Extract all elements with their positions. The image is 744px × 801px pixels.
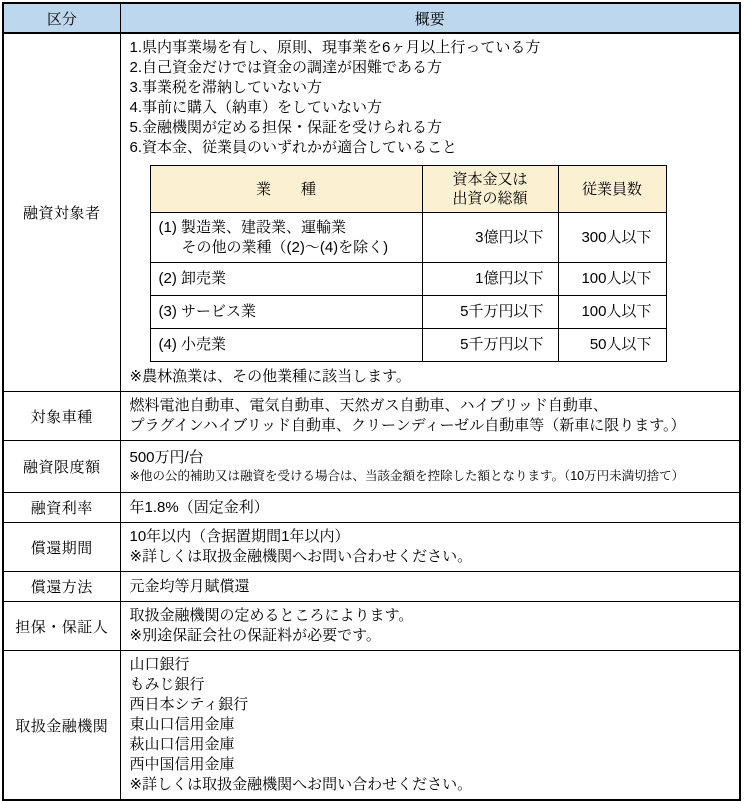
capital-col-header-line1: 資本金又は	[424, 170, 557, 189]
bank-name: 萩山口信用金庫	[130, 735, 734, 755]
industry-row-service: (3) サービス業 5千万円以下 100人以下	[150, 296, 666, 329]
loan-target-content: 1.県内事業場を有し、原則、現事業を6ヶ月以上行っている方 2.自己資金だけでは…	[120, 33, 740, 392]
row-label-collateral: 担保・保証人	[3, 602, 120, 651]
capital-col-header: 資本金又は 出資の総額	[422, 166, 558, 213]
industry-capital: 5千万円以下	[422, 296, 558, 329]
repayment-period-content: 10年以内（含据置期間1年以内） ※詳しくは取扱金融機関へお問い合わせください。	[120, 523, 740, 572]
employees-col-header: 従業員数	[558, 166, 666, 213]
industry-row-manufacturing: (1) 製造業、建設業、運輸業 その他の業種（(2)～(4)を除く) 3億円以下…	[150, 213, 666, 263]
industry-name: (1) 製造業、建設業、運輸業 その他の業種（(2)～(4)を除く)	[150, 213, 422, 263]
loan-condition-2: 2.自己資金だけでは資金の調達が困難である方	[130, 58, 734, 78]
vehicle-types-content: 燃料電池自動車、電気自動車、天然ガス自動車、ハイブリッド自動車、 プラグインハイ…	[120, 392, 740, 441]
row-repayment-period: 償還期間 10年以内（含据置期間1年以内） ※詳しくは取扱金融機関へお問い合わせ…	[3, 523, 740, 572]
bank-name: 山口銀行	[130, 655, 734, 675]
header-summary: 概要	[120, 3, 740, 33]
interest-rate-value: 年1.8%（固定金利）	[120, 493, 740, 523]
row-label-loan-target: 融資対象者	[3, 33, 120, 392]
collateral-note: ※別途保証会社の保証料が必要です。	[130, 626, 734, 646]
industry-criteria-table: 業 種 資本金又は 出資の総額 従業員数 (1) 製造業、建設業、運輸業	[150, 165, 667, 362]
table-header-row: 区分 概要	[3, 3, 740, 33]
collateral-content: 取扱金融機関の定めるところによります。 ※別途保証会社の保証料が必要です。	[120, 602, 740, 651]
row-label-vehicle-types: 対象車種	[3, 392, 120, 441]
loan-condition-3: 3.事業税を滞納していない方	[130, 78, 734, 98]
loan-limit-amount: 500万円/台	[130, 448, 734, 468]
bank-name: 西日本シティ銀行	[130, 695, 734, 715]
row-loan-target: 融資対象者 1.県内事業場を有し、原則、現事業を6ヶ月以上行っている方 2.自己…	[3, 33, 740, 392]
industry-capital: 1億円以下	[422, 263, 558, 296]
industry-name: (3) サービス業	[150, 296, 422, 329]
loan-program-table: 区分 概要 融資対象者 1.県内事業場を有し、原則、現事業を6ヶ月以上行っている…	[2, 2, 741, 801]
row-collateral: 担保・保証人 取扱金融機関の定めるところによります。 ※別途保証会社の保証料が必…	[3, 602, 740, 651]
bank-name: 西中国信用金庫	[130, 755, 734, 775]
financial-institutions-note: ※詳しくは取扱金融機関へお問い合わせください。	[130, 775, 734, 795]
repayment-method-value: 元金均等月賦償還	[120, 572, 740, 602]
loan-condition-6: 6.資本金、従業員のいずれかが適合していること	[130, 138, 734, 158]
industry-name-line2: その他の業種（(2)～(4)を除く)	[159, 238, 418, 258]
row-label-repayment-method: 償還方法	[3, 572, 120, 602]
industry-name-line1: (1) 製造業、建設業、運輸業	[159, 218, 418, 238]
industry-employees: 50人以下	[558, 329, 666, 362]
row-vehicle-types: 対象車種 燃料電池自動車、電気自動車、天然ガス自動車、ハイブリッド自動車、 プラ…	[3, 392, 740, 441]
repayment-period-note: ※詳しくは取扱金融機関へお問い合わせください。	[130, 547, 734, 567]
industry-capital: 5千万円以下	[422, 329, 558, 362]
vehicle-types-line2: プラグインハイブリッド自動車、クリーンディーゼル自動車等（新車に限ります。）	[130, 416, 734, 436]
industry-table-header-row: 業 種 資本金又は 出資の総額 従業員数	[150, 166, 666, 213]
loan-condition-5: 5.金融機関が定める担保・保証を受けられる方	[130, 118, 734, 138]
row-interest-rate: 融資利率 年1.8%（固定金利）	[3, 493, 740, 523]
financial-institutions-content: 山口銀行 もみじ銀行 西日本シティ銀行 東山口信用金庫 萩山口信用金庫 西中国信…	[120, 651, 740, 801]
industry-col-header: 業 種	[150, 166, 422, 213]
loan-condition-4: 4.事前に購入（納車）をしていない方	[130, 98, 734, 118]
loan-limit-note: ※他の公的補助又は融資を受ける場合は、当該金額を控除した額となります。（10万円…	[130, 468, 734, 485]
row-label-interest-rate: 融資利率	[3, 493, 120, 523]
row-label-loan-limit: 融資限度額	[3, 441, 120, 493]
loan-condition-1: 1.県内事業場を有し、原則、現事業を6ヶ月以上行っている方	[130, 38, 734, 58]
industry-employees: 100人以下	[558, 263, 666, 296]
loan-limit-content: 500万円/台 ※他の公的補助又は融資を受ける場合は、当該金額を控除した額となり…	[120, 441, 740, 493]
industry-name: (2) 卸売業	[150, 263, 422, 296]
industry-capital: 3億円以下	[422, 213, 558, 263]
industry-employees: 300人以下	[558, 213, 666, 263]
industry-row-wholesale: (2) 卸売業 1億円以下 100人以下	[150, 263, 666, 296]
capital-col-header-line2: 出資の総額	[424, 189, 557, 208]
industry-name: (4) 小売業	[150, 329, 422, 362]
industry-row-retail: (4) 小売業 5千万円以下 50人以下	[150, 329, 666, 362]
bank-name: もみじ銀行	[130, 675, 734, 695]
row-repayment-method: 償還方法 元金均等月賦償還	[3, 572, 740, 602]
row-financial-institutions: 取扱金融機関 山口銀行 もみじ銀行 西日本シティ銀行 東山口信用金庫 萩山口信用…	[3, 651, 740, 801]
bank-name: 東山口信用金庫	[130, 715, 734, 735]
row-label-repayment-period: 償還期間	[3, 523, 120, 572]
loan-program-page: 区分 概要 融資対象者 1.県内事業場を有し、原則、現事業を6ヶ月以上行っている…	[0, 0, 744, 801]
repayment-period-line1: 10年以内（含据置期間1年以内）	[130, 527, 734, 547]
vehicle-types-line1: 燃料電池自動車、電気自動車、天然ガス自動車、ハイブリッド自動車、	[130, 396, 734, 416]
header-category: 区分	[3, 3, 120, 33]
agriculture-note: ※農林漁業は、その他業種に該当します。	[130, 367, 734, 387]
collateral-line1: 取扱金融機関の定めるところによります。	[130, 606, 734, 626]
industry-employees: 100人以下	[558, 296, 666, 329]
row-loan-limit: 融資限度額 500万円/台 ※他の公的補助又は融資を受ける場合は、当該金額を控除…	[3, 441, 740, 493]
row-label-financial-institutions: 取扱金融機関	[3, 651, 120, 801]
